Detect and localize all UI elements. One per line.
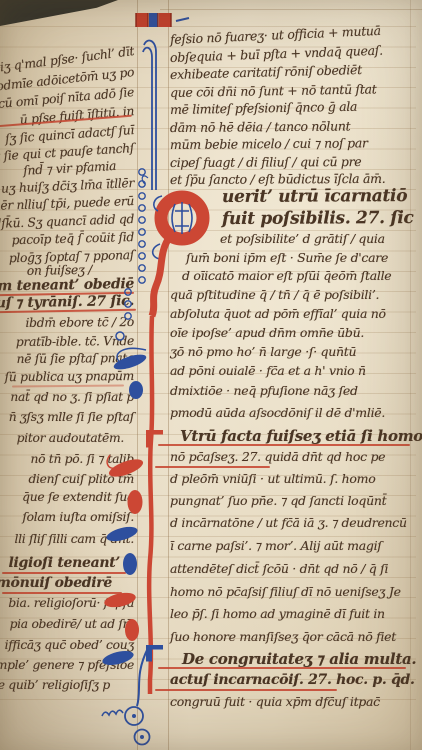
striped-banner-ornament: [136, 13, 189, 27]
initial-q: [152, 196, 203, 316]
circle-chain-penwork: [125, 169, 145, 319]
blue-flourish-upper: [112, 332, 148, 399]
red-paraph-icon: [146, 430, 163, 448]
m-squiggle-icon: [102, 710, 123, 716]
red-flourish-lower: [103, 590, 139, 641]
red-bar-penwork: [149, 316, 152, 694]
right-margin-ruling: [410, 0, 411, 750]
red-flourish-upper: [107, 455, 145, 514]
manuscript-photo: diʒ q'mal pſse· ſuchl’ dītmſ odmīe adōic…: [0, 0, 422, 750]
blue-bar-penwork: [142, 41, 156, 190]
blue-paraph-icon: [146, 645, 163, 662]
blue-flourish-mid: [105, 524, 139, 575]
blue-flourish-bottom: [101, 648, 149, 745]
text-line: uerit’ utrū īcarnatiō: [222, 186, 407, 207]
gutter-penwork-ornament: [90, 0, 220, 750]
text-line: fuit poſsibilis. 27. ſic: [222, 208, 414, 229]
blue-dash-icon: [176, 18, 189, 21]
text-line: et poſsibilite’ d grātiſ / quia: [220, 231, 385, 246]
